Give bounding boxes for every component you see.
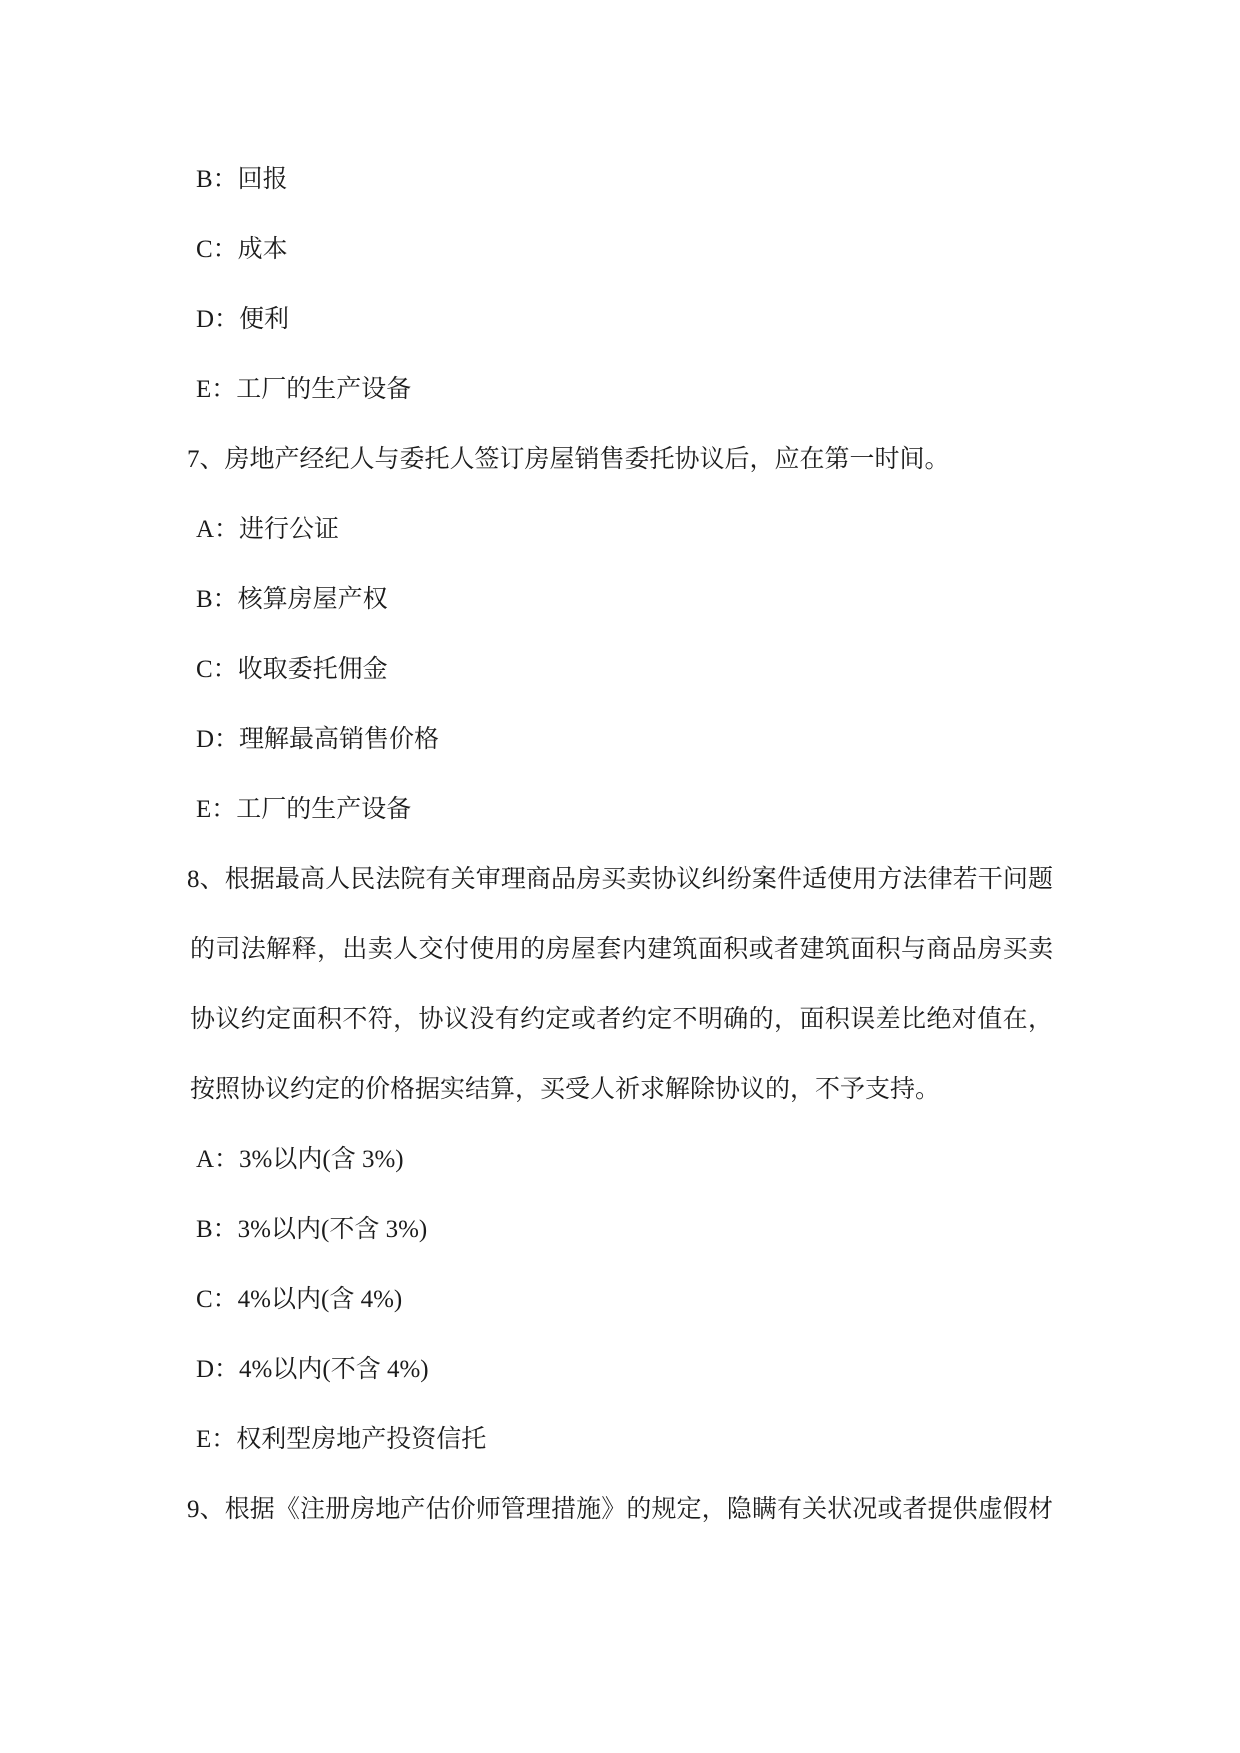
option-line: D：理解最高销售价格 (187, 705, 1053, 775)
question-stem-line: 7、房地产经纪人与委托人签订房屋销售委托协议后，应在第一时间。 (187, 425, 1053, 495)
option-line: B：核算房屋产权 (187, 565, 1053, 635)
question-stem-line: 协议约定面积不符，协议没有约定或者约定不明确的，面积误差比绝对值在， (187, 985, 1053, 1055)
question-stem-line: 8、根据最高人民法院有关审理商品房买卖协议纠纷案件适使用方法律若干问题 (187, 845, 1053, 915)
option-line: A：进行公证 (187, 495, 1053, 565)
option-line: C：收取委托佣金 (187, 635, 1053, 705)
option-line: C：4%以内(含 4%) (187, 1265, 1053, 1335)
question-stem-line: 的司法解释，出卖人交付使用的房屋套内建筑面积或者建筑面积与商品房买卖 (187, 915, 1053, 985)
question-stem-line: 按照协议约定的价格据实结算，买受人祈求解除协议的，不予支持。 (187, 1055, 1053, 1125)
question-stem-line: 9、根据《注册房地产估价师管理措施》的规定，隐瞒有关状况或者提供虚假材 (187, 1475, 1053, 1545)
option-line: B：3%以内(不含 3%) (187, 1195, 1053, 1265)
exam-question-list: B：回报 C：成本 D：便利 E：工厂的生产设备 7、房地产经纪人与委托人签订房… (187, 145, 1053, 1545)
option-line: D：便利 (187, 285, 1053, 355)
option-line: D：4%以内(不含 4%) (187, 1335, 1053, 1405)
option-line: B：回报 (187, 145, 1053, 215)
option-line: E：工厂的生产设备 (187, 775, 1053, 845)
document-page: B：回报 C：成本 D：便利 E：工厂的生产设备 7、房地产经纪人与委托人签订房… (0, 0, 1240, 1753)
option-line: E：权利型房地产投资信托 (187, 1405, 1053, 1475)
option-line: C：成本 (187, 215, 1053, 285)
option-line: A：3%以内(含 3%) (187, 1125, 1053, 1195)
option-line: E：工厂的生产设备 (187, 355, 1053, 425)
